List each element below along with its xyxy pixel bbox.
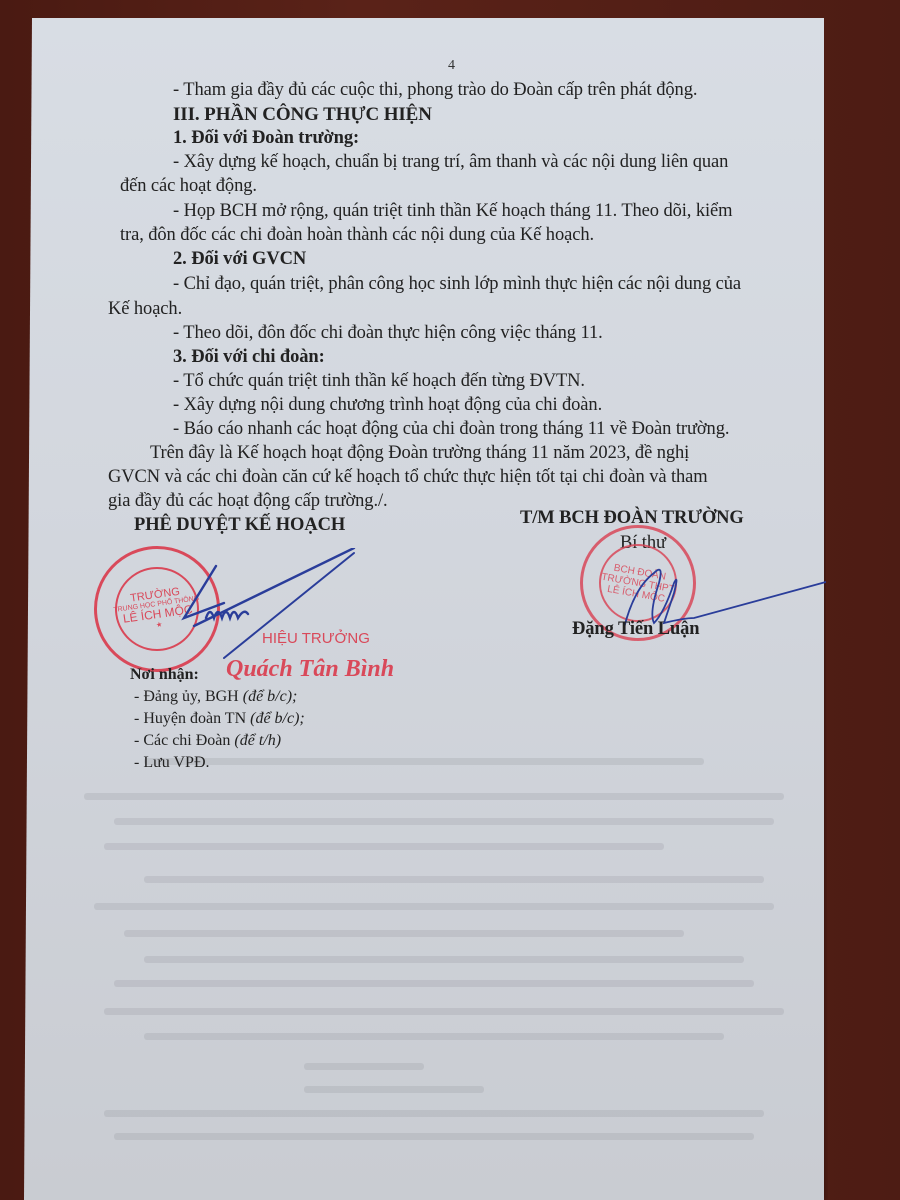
recipient-item: - Đảng ủy, BGH (để b/c); bbox=[134, 688, 297, 706]
subsection-heading: 2. Đối với GVCN bbox=[173, 249, 306, 270]
principal-role: HIỆU TRƯỞNG bbox=[262, 630, 370, 647]
recipient-text: - Các chi Đoàn bbox=[134, 732, 234, 749]
body-line: tra, đôn đốc các chi đoàn hoàn thành các… bbox=[120, 225, 594, 246]
body-line: - Xây dựng nội dung chương trình hoạt độ… bbox=[173, 395, 602, 416]
recipient-item: - Huyện đoàn TN (để b/c); bbox=[134, 710, 305, 728]
recipient-item: - Các chi Đoàn (để t/h) bbox=[134, 732, 281, 750]
body-line: - Tổ chức quán triệt tinh thần kế hoạch … bbox=[173, 371, 585, 392]
subsection-heading: 3. Đối với chi đoàn: bbox=[173, 347, 325, 368]
principal-name: Quách Tân Bình bbox=[226, 656, 394, 683]
body-line: - Xây dựng kế hoạch, chuẩn bị trang trí,… bbox=[173, 152, 728, 173]
recipients-label: Nơi nhận: bbox=[130, 666, 199, 684]
subsection-heading: 1. Đối với Đoàn trường: bbox=[173, 128, 359, 149]
recipient-text: - Đảng ủy, BGH bbox=[134, 688, 243, 705]
body-line: - Chỉ đạo, quán triệt, phân công học sin… bbox=[173, 274, 741, 295]
body-line: Kế hoạch. bbox=[108, 299, 182, 320]
closing-line: GVCN và các chi đoàn căn cứ kế hoạch tổ … bbox=[108, 467, 708, 488]
body-line: - Theo dõi, đôn đốc chi đoàn thực hiện c… bbox=[173, 323, 603, 344]
recipient-text: - Huyện đoàn TN bbox=[134, 710, 250, 727]
recipient-note: (để b/c); bbox=[243, 688, 298, 705]
recipient-text: - Lưu VPĐ. bbox=[134, 754, 210, 771]
recipient-note: (để t/h) bbox=[234, 732, 281, 749]
body-line: - Họp BCH mở rộng, quán triệt tinh thần … bbox=[173, 201, 732, 222]
document-page: 4 - Tham gia đầy đủ các cuộc thi, phong … bbox=[24, 18, 824, 1200]
closing-line: gia đầy đủ các hoạt động cấp trường./. bbox=[108, 491, 388, 512]
intro-bullet: - Tham gia đầy đủ các cuộc thi, phong tr… bbox=[173, 80, 697, 101]
stamp-text: ★ bbox=[156, 621, 163, 629]
section-heading: III. PHẦN CÔNG THỰC HIỆN bbox=[173, 104, 432, 126]
page-number: 4 bbox=[448, 58, 455, 74]
recipient-item: - Lưu VPĐ. bbox=[134, 754, 210, 772]
body-line: - Báo cáo nhanh các hoạt động của chi đo… bbox=[173, 419, 729, 440]
approval-title: PHÊ DUYỆT KẾ HOẠCH bbox=[134, 515, 345, 536]
secretary-name: Đặng Tiến Luận bbox=[572, 619, 699, 640]
body-line: đến các hoạt động. bbox=[120, 176, 257, 197]
closing-line: Trên đây là Kế hoạch hoạt động Đoàn trườ… bbox=[150, 443, 689, 464]
recipient-note: (để b/c); bbox=[250, 710, 305, 727]
